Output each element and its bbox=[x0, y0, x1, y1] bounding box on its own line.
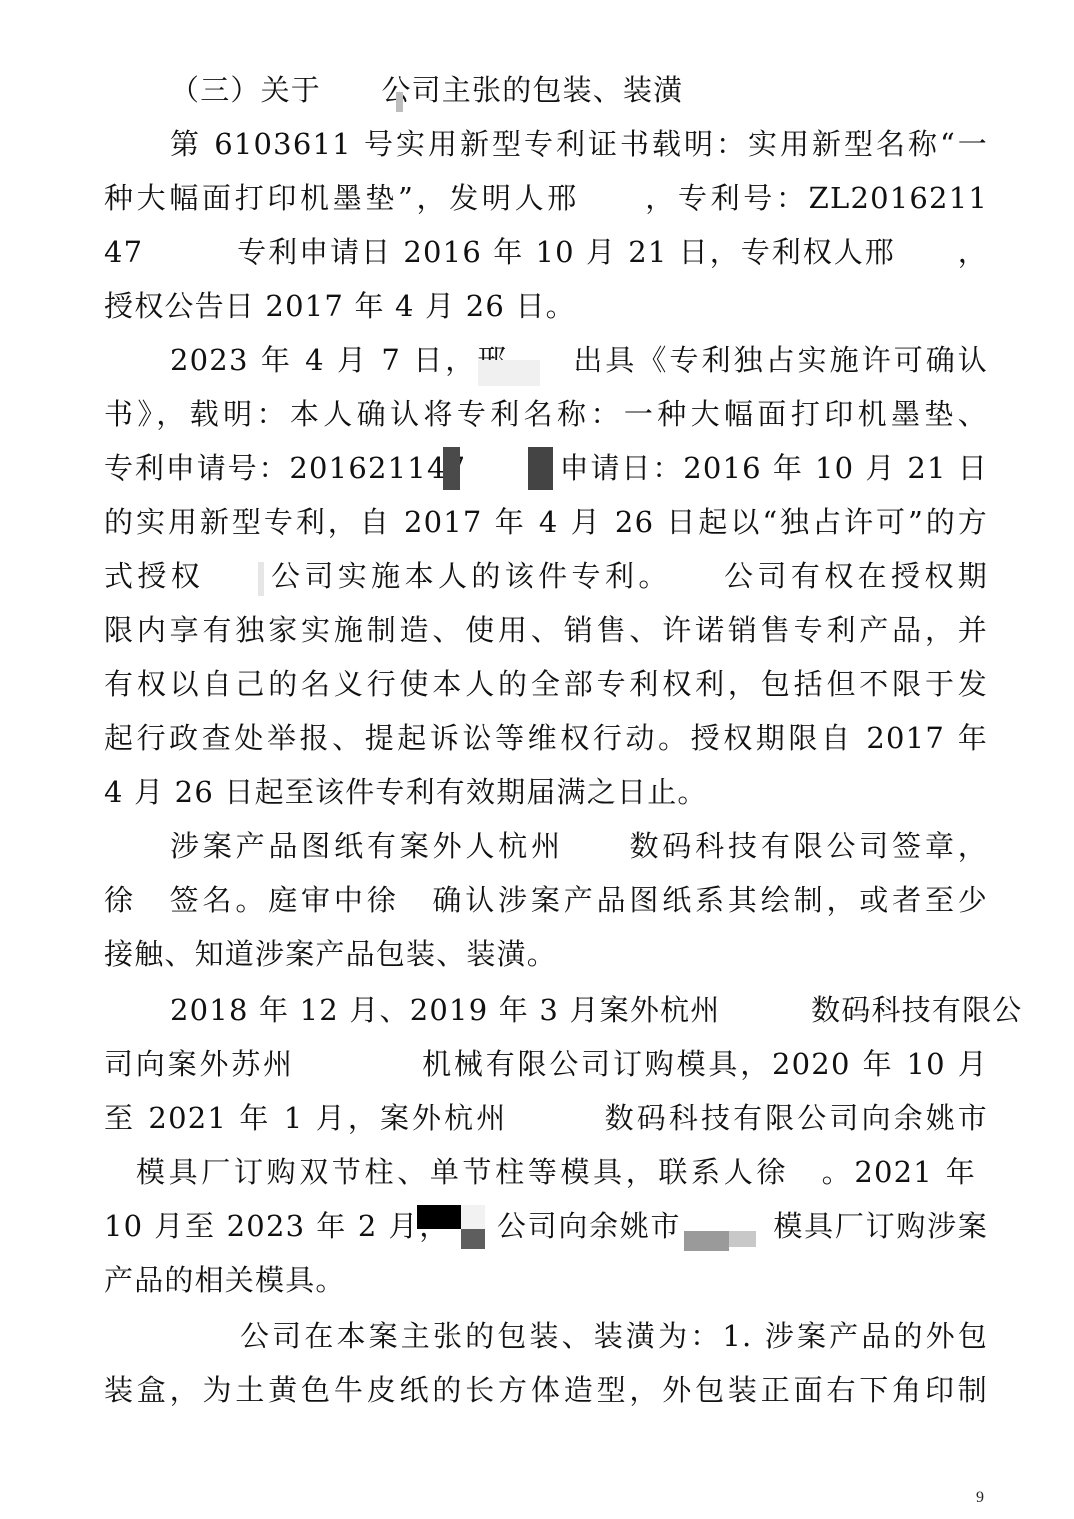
redaction-block bbox=[443, 447, 460, 490]
document-page: （三）关于 公司主张的包装、装潢 第 6103611 号实用新型专利证书载明：实… bbox=[0, 0, 1074, 1519]
paragraph-line: 4 月 26 日起至该件专利有效期届满之日止。 bbox=[104, 772, 988, 812]
page-number: 9 bbox=[976, 1489, 984, 1507]
paragraph-line: 第 6103611 号实用新型专利证书载明：实用新型名称“一 bbox=[170, 124, 988, 164]
redaction-block bbox=[461, 1205, 485, 1229]
paragraph-line: 涉案产品图纸有案外人杭州 数码科技有限公司签章， bbox=[170, 826, 988, 866]
paragraph-line: 至 2021 年 1 月，案外杭州 数码科技有限公司向余姚市 bbox=[104, 1098, 988, 1138]
paragraph-line: 模具厂订购双节柱、单节柱等模具，联系人徐 。2021 年 bbox=[136, 1152, 976, 1192]
section-heading: （三）关于 公司主张的包装、装潢 bbox=[170, 70, 770, 110]
paragraph-line: 装盒，为土黄色牛皮纸的长方体造型，外包装正面右下角印制 bbox=[104, 1370, 988, 1410]
redaction-block bbox=[417, 1205, 461, 1229]
redaction-block bbox=[258, 562, 264, 596]
paragraph-line: 徐 签名。庭审中徐 确认涉案产品图纸系其绘制，或者至少 bbox=[104, 880, 988, 920]
paragraph-line: 2018 年 12 月、2019 年 3 月案外杭州 数码科技有限公 bbox=[170, 990, 988, 1030]
paragraph-line: 司向案外苏州 机械有限公司订购模具，2020 年 10 月 bbox=[104, 1044, 988, 1084]
paragraph-line: 的实用新型专利，自 2017 年 4 月 26 日起以“独占许可”的方 bbox=[104, 502, 988, 542]
paragraph-line: 2023 年 4 月 7 日，邢 出具《专利独占实施许可确认 bbox=[170, 340, 988, 380]
paragraph-line: 10 月至 2023 年 2 月， 公司向余姚市 模具厂订购涉案 bbox=[104, 1206, 988, 1246]
paragraph-line: 书》，载明：本人确认将专利名称：一种大幅面打印机墨垫、 bbox=[104, 394, 988, 434]
redaction-block bbox=[684, 1231, 729, 1251]
paragraph-line: 式授权 公司实施本人的该件专利。 公司有权在授权期 bbox=[104, 556, 988, 596]
redaction-block bbox=[478, 360, 540, 386]
paragraph-line: 授权公告日 2017 年 4 月 26 日。 bbox=[104, 286, 988, 326]
paragraph-line: 公司在本案主张的包装、装潢为：1. 涉案产品的外包 bbox=[240, 1316, 988, 1356]
paragraph-line: 接触、知道涉案产品包装、装潢。 bbox=[104, 934, 988, 974]
paragraph-line: 种大幅面打印机墨垫”，发明人邢 ，专利号：ZL2016211 bbox=[104, 178, 988, 218]
paragraph-line: 有权以自己的名义行使本人的全部专利权利，包括但不限于发 bbox=[104, 664, 988, 704]
redaction-block bbox=[396, 92, 403, 112]
redaction-block bbox=[528, 447, 553, 490]
redaction-block bbox=[461, 1229, 485, 1249]
redaction-block bbox=[729, 1231, 756, 1247]
paragraph-line: 限内享有独家实施制造、使用、销售、许诺销售专利产品，并 bbox=[104, 610, 988, 650]
paragraph-line: 产品的相关模具。 bbox=[104, 1260, 988, 1300]
paragraph-line: 47 专利申请日 2016 年 10 月 21 日，专利权人邢 ， bbox=[104, 232, 988, 272]
paragraph-line: 起行政查处举报、提起诉讼等维权行动。授权期限自 2017 年 bbox=[104, 718, 988, 758]
